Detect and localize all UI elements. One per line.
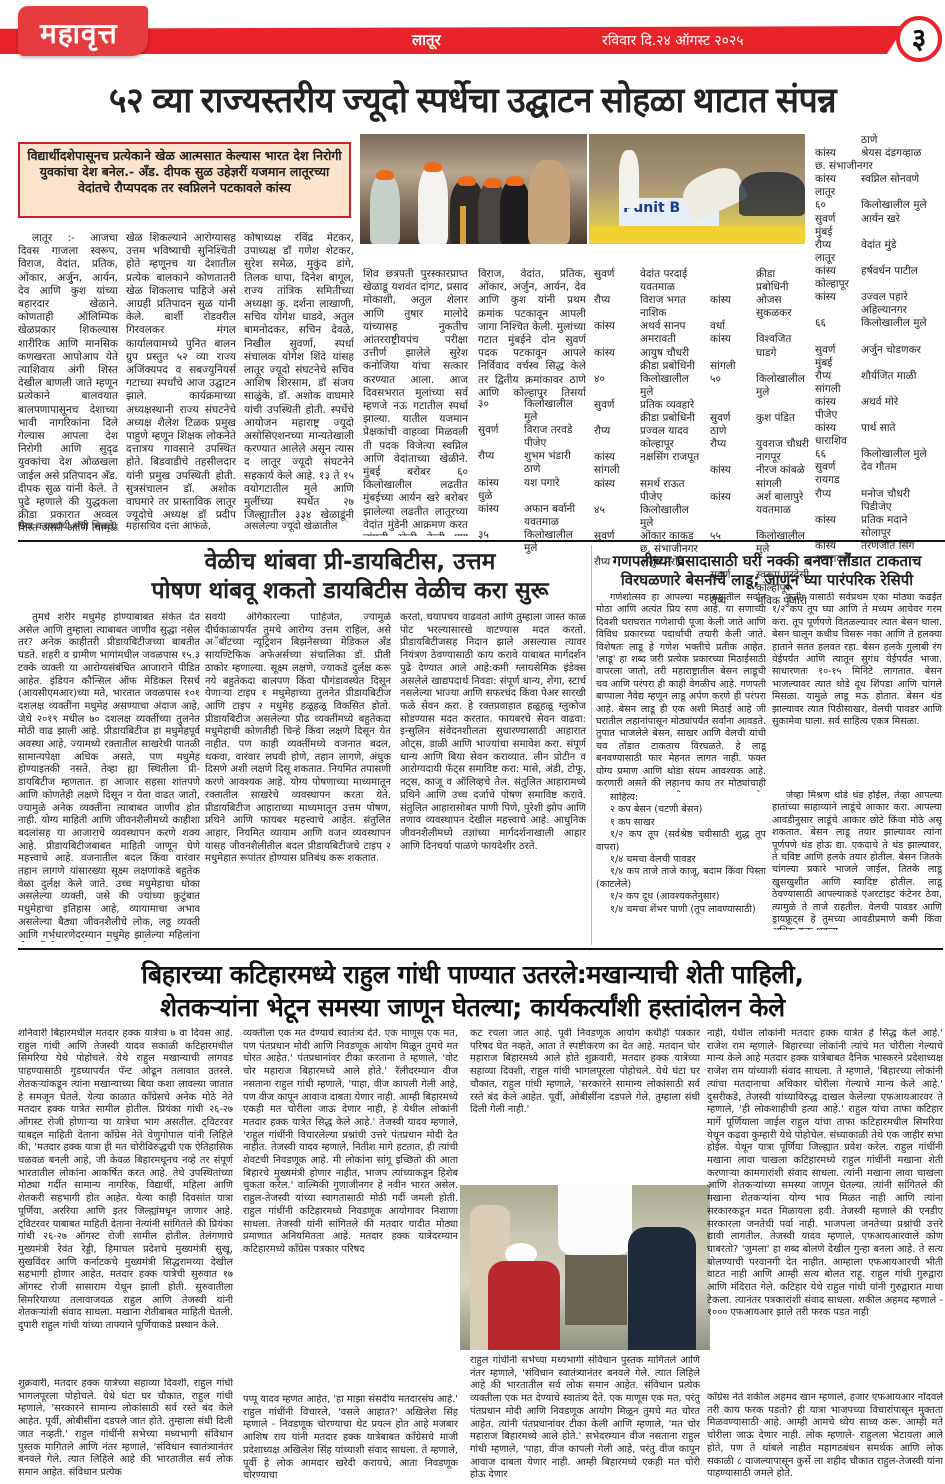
medal-category: सुवर्ण: [815, 461, 861, 474]
medal-athlete: सोलापूर: [861, 527, 943, 540]
medal-category: कांस्य: [594, 478, 640, 491]
medal-athlete: किलोखालील मुले: [640, 373, 704, 399]
photo-turban: [424, 162, 442, 172]
medal-result-row: सुवर्णविराज तरवडे: [478, 424, 586, 437]
medal-result-row: रौप्ययुवराज चौधरी: [710, 438, 810, 451]
medal-category: कांस्य: [594, 451, 640, 464]
medal-category: कांस्य: [815, 396, 861, 409]
bihar-column-1-tail: शुक्रवारी, मतदार हक्क यात्रेच्या सहाव्या…: [18, 1378, 233, 1482]
medal-result-row: लातूर: [815, 186, 943, 199]
medal-result-row: क्रीडा प्रबोधिनी: [710, 268, 810, 294]
medal-athlete: देव गौतम: [861, 461, 943, 474]
medal-result-row: रायगड: [815, 474, 943, 487]
medal-category: [710, 517, 756, 530]
medal-category: धुळे: [478, 490, 524, 503]
medal-result-row: क्रीडा प्रबोधिनी: [594, 412, 704, 425]
rahul-gandhi-makhana-photo: [460, 1185, 710, 1350]
medal-athlete: पीजेए: [640, 491, 704, 504]
ingredient-item: १/४ चमचा वेलची पावडर: [596, 854, 766, 866]
besan-col2-tail-text: जेव्हा मिश्रण थोडे थंड होईल, तेव्हा आपल्…: [772, 790, 942, 930]
medal-category: कांस्य: [478, 503, 524, 516]
medal-athlete: [849, 278, 943, 291]
diabetes-headline-line1: वेळीच थांबवा प्री-डायबिटीस, उत्तम: [110, 548, 590, 577]
medal-category: ६०: [815, 199, 861, 212]
medal-athlete: नक्षसिंग राजपूत: [640, 451, 704, 464]
judo-col2-text: खेळ शिकल्याने आरोग्यासह उत्तम भविष्याची …: [126, 232, 236, 522]
diabetes-col3-text: करतो, चयापचय वाढवतो आणि तुम्हाला जास्त क…: [400, 612, 586, 853]
medal-athlete: अफान बर्वानी: [524, 503, 586, 516]
medal-category: ठाणे: [710, 425, 756, 438]
medal-athlete: समर्थ राऊत: [640, 478, 704, 491]
medal-athlete: [861, 474, 943, 487]
medal-athlete: वेदांत परदाई: [640, 268, 704, 281]
diabetes-column-2: सवयी अंगिकारल्या पाहिजेत, ज्यामुळे दीर्घ…: [205, 612, 391, 942]
photo-turban: [506, 176, 524, 186]
judo-column-4: शिव छत्रपती पुरस्कारप्राप्त खेळाडू यशवंत…: [363, 268, 468, 536]
medal-athlete: यवतमाळ: [640, 281, 704, 294]
medal-category: सुवर्ण: [594, 399, 640, 412]
medal-athlete: [873, 160, 943, 173]
medal-result-row: कांस्यपार्थ साते: [815, 422, 943, 435]
medal-category: [815, 134, 861, 147]
medal-result-row: सांगली: [594, 464, 704, 477]
photo-person: [418, 166, 448, 244]
medal-athlete: नाशिक: [640, 307, 704, 320]
medal-athlete: प्रज्वल यादव: [640, 425, 704, 438]
photo-person-red-shirt: [488, 1261, 560, 1350]
medal-athlete: क्रीडा प्रबोधिनी: [640, 360, 704, 373]
medal-result-row: [815, 330, 943, 343]
bihar-headline-line1: बिहारच्या कटिहारमध्ये राहुल गांधी पाण्या…: [0, 958, 945, 991]
medal-results-col8: ठाणेकांस्यश्रेयस दंडगव्हाळछ. संभाजीनगर क…: [815, 134, 943, 566]
medal-category: धाराशिव: [815, 435, 861, 448]
medal-athlete: प्रतिक मदाने: [861, 514, 943, 527]
diabetes-col2-text: सवयी अंगिकारल्या पाहिजेत, ज्यामुळे दीर्घ…: [205, 612, 391, 866]
medal-category: लातूर: [815, 252, 861, 265]
medal-athlete: पिडीजेए: [861, 501, 943, 514]
medal-result-row: कांस्यओजस सुकळकर: [710, 294, 810, 320]
page-number-badge: ३: [896, 16, 942, 62]
bihar-col3-bottom-text: राहुल गांधींनी सभेच्या मध्यभागी संविधान …: [470, 1355, 700, 1482]
judo-headline: ५२ व्या राज्यस्तरीय ज्यूदो स्पर्धेचा उद्…: [14, 76, 931, 123]
judo-column-2: खेळ शिकल्याने आरोग्यासह उत्तम भविष्याची …: [126, 232, 236, 522]
medal-athlete: विराज भगत: [640, 294, 704, 307]
bihar-column-2: व्यक्तीला एक मत देण्याचे स्वातंत्र्य देत…: [243, 1028, 458, 1382]
medal-result-row: कांस्यनीरज कांबळे: [710, 464, 810, 477]
medal-result-row: यवतमाळ: [710, 504, 810, 517]
medal-category: कांस्य: [478, 477, 524, 490]
medal-category: रौप्य: [815, 488, 861, 501]
bihar-headline-line2: शेतकऱ्यांना भेटून समस्या जाणून घेतल्या; …: [0, 991, 945, 1024]
medal-athlete: स्वप्निल सोनवणे: [861, 173, 943, 186]
medal-athlete: युवराज चौधरी: [756, 438, 810, 451]
medal-result-row: कांस्यअफान बर्वानी: [478, 503, 586, 516]
medal-athlete: [524, 490, 586, 503]
medal-results-col5: ३०किलोखालील मुलेसुवर्णविराज तरवडे पीजेएर…: [478, 398, 586, 555]
medal-category: रौप्य: [815, 370, 861, 383]
medal-result-row: छ. संभाजीनगर: [815, 160, 943, 173]
ingredient-item: १/४ कप ताजे ताजे काजू, बदाम किंवा पिस्ता…: [596, 866, 766, 891]
medal-result-row: सुवर्णप्रतिक व्यवहारे: [594, 399, 704, 412]
medal-athlete: शौर्यजित माळी: [861, 370, 943, 383]
medal-athlete: [640, 464, 704, 477]
medal-athlete: पीजेए: [524, 437, 586, 450]
medal-athlete: मनोज चौधरी: [861, 488, 943, 501]
medal-athlete: अथर्व मोरे: [861, 396, 943, 409]
photo-person: [370, 174, 400, 244]
medal-athlete: पार्थ साते: [861, 422, 943, 435]
medal-category: कांस्य: [815, 147, 861, 160]
medal-athlete: कुश पंडित: [756, 412, 810, 425]
medal-result-row: ६६किलोखालील मुले: [815, 317, 943, 330]
medal-category: [815, 304, 861, 317]
medal-category: [594, 412, 640, 425]
medal-result-row: मुंबई: [815, 357, 943, 370]
medal-category: [478, 463, 524, 476]
medal-category: कांस्य: [815, 514, 861, 527]
medal-result-row: नागपूर: [710, 451, 810, 464]
medal-result-row: रौप्यवेदांत मुंडे: [815, 239, 943, 252]
medal-athlete: उज्वल पहारे: [861, 291, 943, 304]
ingredient-item: १/४ चमचा शेंभर पाणी (तूप लावण्यासाठी): [596, 904, 766, 916]
medal-category: ६६: [815, 448, 861, 461]
judo-column-5-intro: विराज, वेदांत, प्रतिक, ओंकार, अर्जुन, आर…: [478, 268, 586, 398]
medal-result-row: पीजेए: [815, 409, 943, 422]
medal-athlete: यवतमाळ: [524, 516, 586, 529]
medal-result-row: सुवर्णकुश पंडित: [710, 412, 810, 425]
bihar-column-2-tail: पप्पू यादव म्हणत आहेत, 'हा माझा संसदीय म…: [243, 1394, 458, 1482]
medal-result-row: कांस्यविश्वजित घाडगे: [710, 333, 810, 359]
medal-result-row: अमरावती: [594, 333, 704, 346]
medal-result-row: धुळे: [478, 490, 586, 503]
medal-category: ४०: [594, 373, 640, 399]
medal-athlete: शुभम भंडारी: [524, 450, 586, 463]
medal-result-row: ६०किलोखालील मुले: [815, 199, 943, 212]
medal-category: सुवर्ण: [710, 412, 756, 425]
medal-result-row: यवतमाळ: [594, 281, 704, 294]
medal-athlete: [756, 360, 810, 373]
medal-athlete: ओजस सुकळकर: [756, 294, 810, 320]
medal-athlete: कोल्हापूर: [640, 438, 704, 451]
medal-result-row: कांस्यनक्षसिंग राजपूत: [594, 451, 704, 464]
medal-result-row: मुंबई: [815, 226, 943, 239]
medal-category: कोल्हापूर: [815, 278, 849, 291]
medal-athlete: विश्वजित घाडगे: [756, 333, 810, 359]
medal-athlete: विराज तरवडे: [524, 424, 586, 437]
medal-athlete: आयुष चौधरी: [640, 347, 704, 360]
bihar-col1-tail-text: शुक्रवारी, मतदार हक्क यात्रेच्या सहाव्या…: [18, 1378, 233, 1480]
medal-result-row: क्रीडा प्रबोधिनी: [594, 360, 704, 373]
medal-category: कांस्य: [710, 464, 756, 477]
medal-result-row: कांस्यअथर्व मोरे: [815, 396, 943, 409]
medal-category: कांस्य: [815, 265, 861, 278]
ingredients-list: २ कप बेसन (चटणी बेसन)१ कप साखर१/२ कप तूप…: [596, 804, 766, 916]
lamp-stand: [460, 206, 466, 244]
medal-athlete: सांगली: [756, 478, 810, 491]
medal-category: [815, 501, 861, 514]
medal-athlete: [756, 517, 810, 530]
medal-athlete: क्रीडा प्रबोधिनी: [640, 412, 704, 425]
medal-athlete: [756, 320, 810, 333]
bihar-column-4-tail: काँग्रेस नेते शकील अहमद खान म्हणाले, हजा…: [707, 1392, 943, 1484]
judo-mat: [589, 226, 805, 244]
medal-result-row: रौप्यशुभम भंडारी: [478, 450, 586, 463]
medal-category: रायगड: [815, 474, 861, 487]
medal-category: छ. संभाजीनगर: [815, 160, 873, 173]
medal-category: [594, 281, 640, 294]
medal-category: सुवर्ण: [478, 424, 524, 437]
medal-result-row: रौप्यप्रज्वल यादव: [594, 425, 704, 438]
medal-category: कांस्य: [815, 422, 861, 435]
medal-result-row: ५०किलोखालील मुले: [710, 373, 810, 399]
medal-result-row: यवतमाळ: [478, 516, 586, 529]
medal-category: [478, 516, 524, 529]
medal-athlete: किलोखालील मुले: [524, 398, 586, 424]
medal-athlete: अथर्व सानप: [640, 320, 704, 333]
besan-col2-text: कृती: यासाठी सर्वप्रथम एका मोठ्या कढईत १…: [772, 592, 942, 728]
medal-result-row: रौप्यविराज भगत: [594, 294, 704, 307]
medal-result-row: अहिल्यानगर: [815, 304, 943, 317]
judo-callout-box: विद्यार्थीदशेपासूनच प्रत्येकाने खेळ आत्म…: [18, 142, 351, 218]
photo-rahul-white-tshirt: [558, 1185, 632, 1255]
medal-athlete: [861, 186, 943, 199]
medal-athlete: [756, 425, 810, 438]
medal-category: पीजेए: [815, 409, 861, 422]
medal-result-row: कांस्यआयुष चौधरी: [594, 347, 704, 360]
diabetes-col1-text: तुमचे शरीर मधुमेह होण्याबाबत संकेत देत अ…: [18, 612, 200, 942]
medal-category: रौप्य: [815, 239, 861, 252]
besan-column-2-tail: जेव्हा मिश्रण थोडे थंड होईल, तेव्हा आपल्…: [772, 790, 942, 930]
medal-category: [478, 437, 524, 450]
medal-result-row: पीजेए: [594, 491, 704, 504]
masthead: महावृत्त लातूर रविवार दि.२४ ऑगस्ट २०२५ ३: [0, 0, 945, 70]
besan-ingredients: साहित्य: २ कप बेसन (चटणी बेसन)१ कप साखर१…: [596, 792, 766, 942]
bihar-column-3-bottom: राहुल गांधींनी सभेच्या मध्यभागी संविधान …: [470, 1355, 700, 1483]
medal-category: रौप्य: [710, 438, 756, 451]
medal-result-row: कोल्हापूर: [594, 438, 704, 451]
ingredient-item: २ कप बेसन (चटणी बेसन): [596, 804, 766, 816]
medal-result-row: ठाणे: [710, 425, 810, 438]
medal-category: कांस्य: [815, 291, 861, 304]
section-divider: [590, 540, 945, 542]
medal-result-row: सुवर्णदेव गौतम: [815, 461, 943, 474]
ingredients-label: साहित्य:: [596, 792, 766, 804]
medal-athlete: [861, 435, 943, 448]
judo-column-1: लातूर :- आजचा दिवस गाजला स्वरूप, विराज, …: [18, 232, 118, 532]
besan-ladoo-headline: गणपतीच्या प्रसादासाठी घरी नक्की बनवा तों…: [592, 552, 942, 590]
medal-category: ६६: [815, 317, 861, 330]
bihar-column-3-top: कट रचला जात आहे. पूर्वी निवडणूक आयोग कधी…: [470, 1028, 700, 1180]
medal-result-row: सुवर्णअर्जुन चोडणकर: [815, 344, 943, 357]
judo-col5-text: विराज, वेदांत, प्रतिक, ओंकार, अर्जुन, आर…: [478, 268, 586, 398]
edition-date: रविवार दि.२४ ऑगस्ट २०२५: [602, 31, 744, 50]
bihar-col2-tail-text: पप्पू यादव म्हणत आहेत, 'हा माझा संसदीय म…: [243, 1394, 458, 1482]
medal-athlete: [861, 357, 943, 370]
medal-athlete: [861, 383, 943, 396]
judo-col4-text: शिव छत्रपती पुरस्कारप्राप्त खेळाडू यशवंत…: [363, 268, 468, 536]
medal-category: कांस्य: [710, 333, 756, 359]
medal-athlete: अर्जुन चोडणकर: [861, 344, 943, 357]
medal-result-row: सोलापूर: [815, 527, 943, 540]
medal-category: कांस्य: [710, 294, 756, 320]
medal-category: [710, 504, 756, 517]
medal-category: [815, 330, 861, 343]
judo-col1-tail: सेवा करण्याची संधी मिळते.: [18, 520, 118, 534]
medal-category: [710, 478, 756, 491]
medal-athlete: [861, 330, 943, 343]
medal-result-row: कांस्यअथर्व सानप: [594, 320, 704, 333]
medal-result-row: कांस्यस्वप्निल सोनवणे: [815, 173, 943, 186]
medal-athlete: [861, 252, 943, 265]
medal-athlete: [756, 399, 810, 412]
photo-person: [528, 160, 570, 244]
photo-referee: [619, 150, 639, 208]
medal-result-row: धाराशिव: [815, 435, 943, 448]
medal-athlete: किलोखालील मुले: [640, 504, 704, 530]
medal-athlete: हर्षवर्धन पाटील: [861, 265, 943, 278]
section-divider: [18, 540, 590, 542]
bihar-col4-tail-text: काँग्रेस नेते शकील अहमद खान म्हणाले, हजा…: [707, 1392, 943, 1481]
medal-result-row: कांस्ययश पगारे: [478, 477, 586, 490]
medal-athlete: ठाणे: [524, 463, 586, 476]
medal-result-row: पिडीजेए: [815, 501, 943, 514]
diabetes-headline-line2: पोषण थांबवू शकतो डायबिटीस वेळीच करा सुरू: [110, 577, 590, 606]
ingredient-item: १/२ कप दूध (आवश्यकतेनुसार): [596, 891, 766, 903]
medal-category: सांगली: [594, 464, 640, 477]
medal-category: कांस्य: [710, 491, 756, 504]
medal-category: [710, 399, 756, 412]
bihar-column-4: नाही, येथील लोकांनी मतदार हक्क यात्रेत ह…: [707, 1028, 943, 1390]
medal-athlete: अमरावती: [640, 333, 704, 346]
judo-col2-tail: महासचिव दत्ता आफळे,: [126, 520, 236, 534]
medal-result-row: सुवर्णआर्यन खरे: [815, 213, 943, 226]
diabetes-headline: वेळीच थांबवा प्री-डायबिटीस, उत्तम पोषण थ…: [110, 548, 590, 606]
medal-athlete: प्रतिक व्यवहारे: [640, 399, 704, 412]
column-divider: [591, 545, 592, 945]
besan-column-1: गणेशोत्सव हा आपल्या महाराष्ट्रातील सर्वा…: [596, 592, 766, 792]
section-divider: [18, 948, 943, 950]
photo-person-dark-jacket: [628, 1227, 696, 1350]
medal-category: लातूर: [815, 186, 861, 199]
medal-result-row: रौप्यमनोज चौधरी: [815, 488, 943, 501]
medal-result-row: सांगली: [710, 360, 810, 373]
judo-column-3: कोषाध्यक्ष रविंद्र मेटकर, उपाध्यक्ष डॉ ग…: [244, 232, 354, 522]
medal-result-row: ३०किलोखालील मुले: [478, 398, 586, 424]
medal-athlete: किलोखालील मुले: [756, 373, 810, 399]
medal-category: [815, 527, 861, 540]
medal-category: [594, 491, 640, 504]
medal-category: [594, 438, 640, 451]
medal-result-row: ४०किलोखालील मुले: [594, 373, 704, 399]
medal-category: [710, 268, 756, 294]
edition-city: लातूर: [412, 30, 441, 50]
medal-category: [710, 451, 756, 464]
medal-athlete: किलोखालील मुले: [861, 448, 943, 461]
medal-result-row: कांस्यप्रतिक मदाने: [815, 514, 943, 527]
medal-category: ५०: [710, 373, 756, 399]
medal-athlete: नागपूर: [756, 451, 810, 464]
medal-category: [594, 333, 640, 346]
medal-category: [594, 307, 640, 320]
medal-category: मुंबई: [815, 357, 861, 370]
photo-rahul-shorts: [565, 1255, 627, 1325]
photo-spectators: [739, 172, 805, 216]
besan-column-2: कृती: यासाठी सर्वप्रथम एका मोठ्या कढईत १…: [772, 592, 942, 792]
medal-result-row: कांस्यअर्श बालापुरे: [710, 491, 810, 504]
medal-category: कांस्य: [594, 320, 640, 333]
medal-category: मुंबई: [815, 226, 861, 239]
medal-result-row: ६६किलोखालील मुले: [815, 448, 943, 461]
medal-result-row: कांस्यश्रेयस दंडगव्हाळ: [815, 147, 943, 160]
photo-turban: [484, 178, 502, 188]
judo-col1-text: लातूर :- आजचा दिवस गाजला स्वरूप, विराज, …: [18, 232, 118, 532]
judo-col3-text: कोषाध्यक्ष रविंद्र मेटकर, उपाध्यक्ष डॉ ग…: [244, 232, 354, 522]
ingredient-item: १/२ कप तूप (सर्वश्रेष्ठ चवीसाठी शुद्ध तू…: [596, 829, 766, 854]
medal-athlete: वेदांत मुंडे: [861, 239, 943, 252]
bihar-headline: बिहारच्या कटिहारमध्ये राहुल गांधी पाण्या…: [0, 958, 945, 1024]
medal-category: रौप्य: [594, 425, 640, 438]
medal-result-row: [710, 517, 810, 530]
medal-category: वर्धा: [710, 320, 756, 333]
medal-athlete: क्रीडा प्रबोधिनी: [756, 268, 810, 294]
medal-athlete: ठाणे: [861, 134, 943, 147]
diabetes-column-3: करतो, चयापचय वाढवतो आणि तुम्हाला जास्त क…: [400, 612, 586, 942]
medal-result-row: कांस्यहर्षवर्धन पाटील: [815, 265, 943, 278]
medal-category: कांस्य: [594, 347, 640, 360]
medal-category: सांगली: [710, 360, 756, 373]
medal-result-row: पीजेए: [478, 437, 586, 450]
medal-athlete: अर्श बालापुरे: [756, 491, 810, 504]
ingredient-item: १ कप साखर: [596, 817, 766, 829]
medal-athlete: यवतमाळ: [756, 504, 810, 517]
newspaper-logo: महावृत्त: [40, 14, 118, 52]
medal-athlete: नीरज कांबळे: [756, 464, 810, 477]
judo-match-photo: Punit B: [589, 134, 805, 244]
medal-result-row: सांगली: [815, 383, 943, 396]
photo-person: [500, 180, 530, 244]
medal-category: सुवर्ण: [815, 213, 861, 226]
medal-category: रौप्य: [478, 450, 524, 463]
medal-athlete: किलोखालील मुले: [861, 199, 943, 212]
bihar-col2-text: व्यक्तीला एक मत देण्याचे स्वातंत्र्य देत…: [243, 1028, 458, 1257]
judo-inauguration-photo: [360, 134, 587, 244]
medal-result-row: ठाणे: [815, 134, 943, 147]
medal-category: ४५: [594, 504, 640, 530]
medal-result-row: कांस्यउज्वल पहारे: [815, 291, 943, 304]
medal-result-row: रौप्यशौर्यजित माळी: [815, 370, 943, 383]
medal-result-row: ठाणे: [478, 463, 586, 476]
medal-result-row: नाशिक: [594, 307, 704, 320]
medal-result-row: सुवर्णवेदांत परदाई: [594, 268, 704, 281]
medal-result-row: ४५किलोखालील मुले: [594, 504, 704, 530]
medal-athlete: अहिल्यानगर: [861, 304, 943, 317]
medal-athlete: श्रेयस दंडगव्हाळ: [861, 147, 943, 160]
medal-category: सांगली: [815, 383, 861, 396]
medal-result-row: [710, 399, 810, 412]
medal-result-row: लातूर: [815, 252, 943, 265]
medal-athlete: किलोखालील मुले: [861, 317, 943, 330]
medal-category: ३०: [478, 398, 524, 424]
medal-category: रौप्य: [594, 294, 640, 307]
besan-col1-text: गणेशोत्सव हा आपल्या महाराष्ट्रातील सर्वा…: [596, 592, 766, 792]
diabetes-column-1: तुमचे शरीर मधुमेह होण्याबाबत संकेत देत अ…: [18, 612, 200, 942]
medal-result-row: वर्धा: [710, 320, 810, 333]
medal-category: सुवर्ण: [815, 344, 861, 357]
medal-result-row: कांस्यसमर्थ राऊत: [594, 478, 704, 491]
bihar-col3-top-text: कट रचला जात आहे. पूर्वी निवडणूक आयोग कधी…: [470, 1028, 700, 1117]
medal-category: [594, 360, 640, 373]
bihar-col4-text: नाही, येथील लोकांनी मतदार हक्क यात्रेत ह…: [707, 1028, 943, 1320]
